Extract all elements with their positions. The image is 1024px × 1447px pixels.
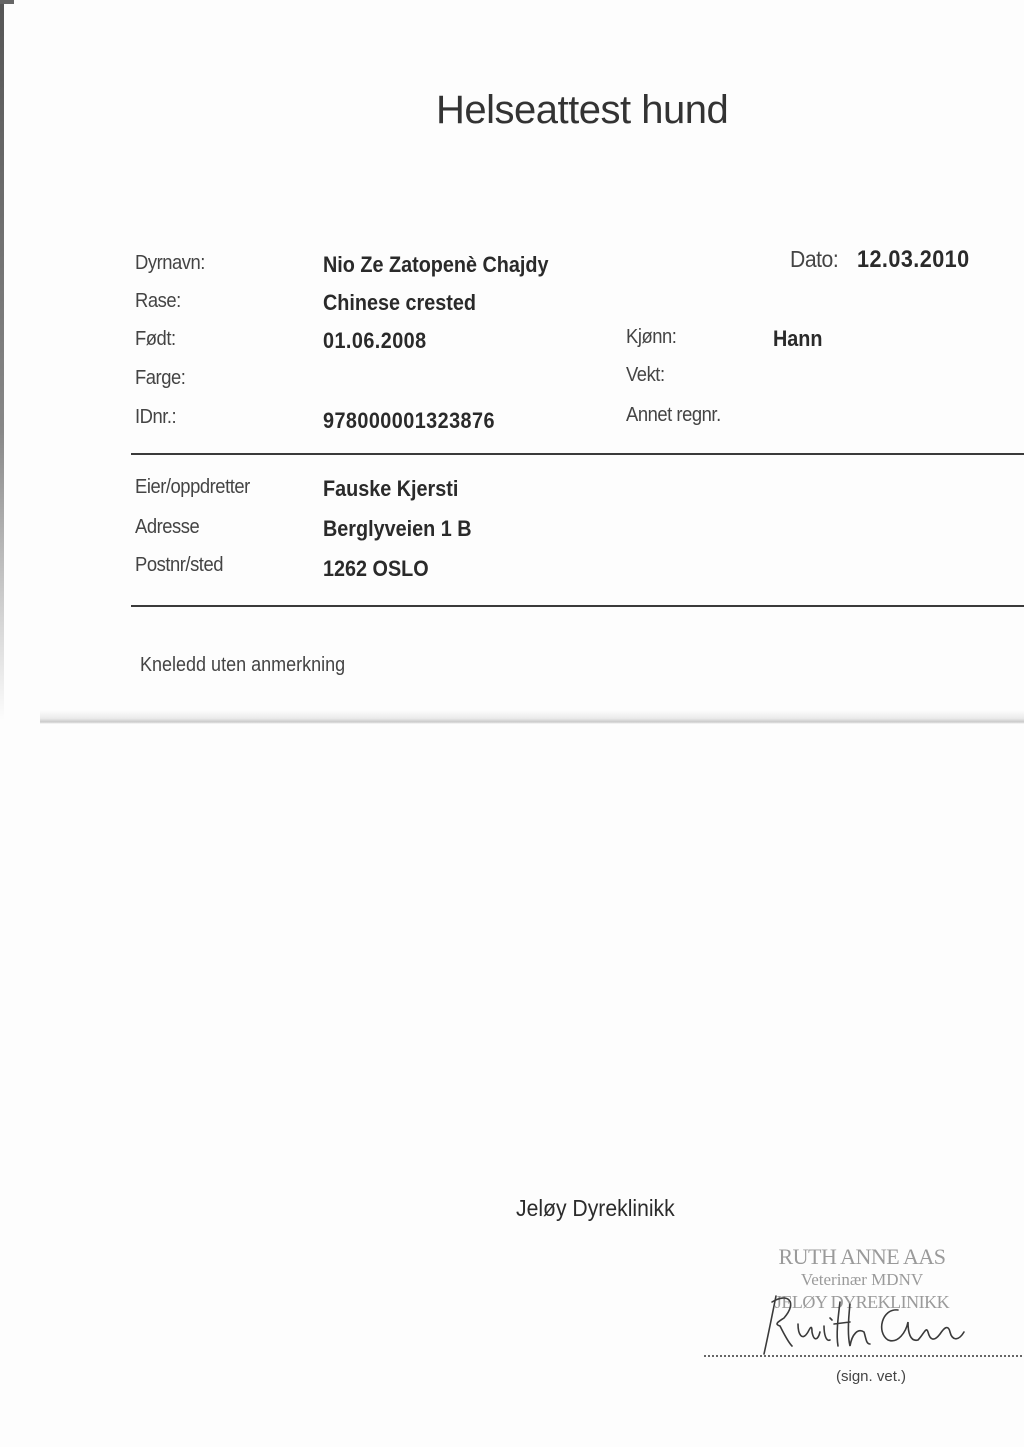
value-name: Nio Ze Zatopenè Chajdy [323, 252, 549, 278]
signature-label: (sign. vet.) [836, 1368, 906, 1385]
label-weight: Vekt: [626, 364, 665, 387]
signature-icon [758, 1288, 968, 1358]
value-address: Berglyveien 1 B [323, 516, 472, 542]
stamp-vet-name: RUTH ANNE AAS [762, 1245, 962, 1269]
value-owner: Fauske Kjersti [323, 476, 458, 502]
label-postal: Postnr/sted [135, 554, 223, 577]
label-other-reg: Annet regnr. [626, 404, 721, 427]
label-name: Dyrnavn: [135, 252, 205, 275]
value-born: 01.06.2008 [323, 328, 427, 354]
signature-line [704, 1355, 1022, 1357]
divider-top [131, 453, 1024, 455]
clinic-name: Jeløy Dyreklinikk [516, 1195, 675, 1222]
value-postal: 1262 OSLO [323, 556, 429, 582]
value-date: 12.03.2010 [857, 246, 970, 274]
remarks-text: Kneledd uten anmerkning [140, 654, 345, 677]
paper-edge-shadow [0, 0, 4, 720]
label-breed: Rase: [135, 290, 181, 313]
document-title: Helseattest hund [436, 88, 728, 133]
value-id: 978000001323876 [323, 408, 495, 434]
label-address: Adresse [135, 516, 199, 539]
label-date: Dato: [790, 246, 838, 273]
value-breed: Chinese crested [323, 290, 476, 316]
paper-fold-crease [40, 710, 1024, 724]
label-born: Født: [135, 328, 176, 351]
divider-bottom [131, 605, 1024, 607]
value-sex: Hann [773, 326, 823, 352]
label-id: IDnr.: [135, 406, 176, 429]
label-owner: Eier/oppdretter [135, 476, 250, 499]
label-color: Farge: [135, 367, 185, 390]
paper-corner-shadow [0, 0, 14, 4]
label-sex: Kjønn: [626, 326, 676, 349]
